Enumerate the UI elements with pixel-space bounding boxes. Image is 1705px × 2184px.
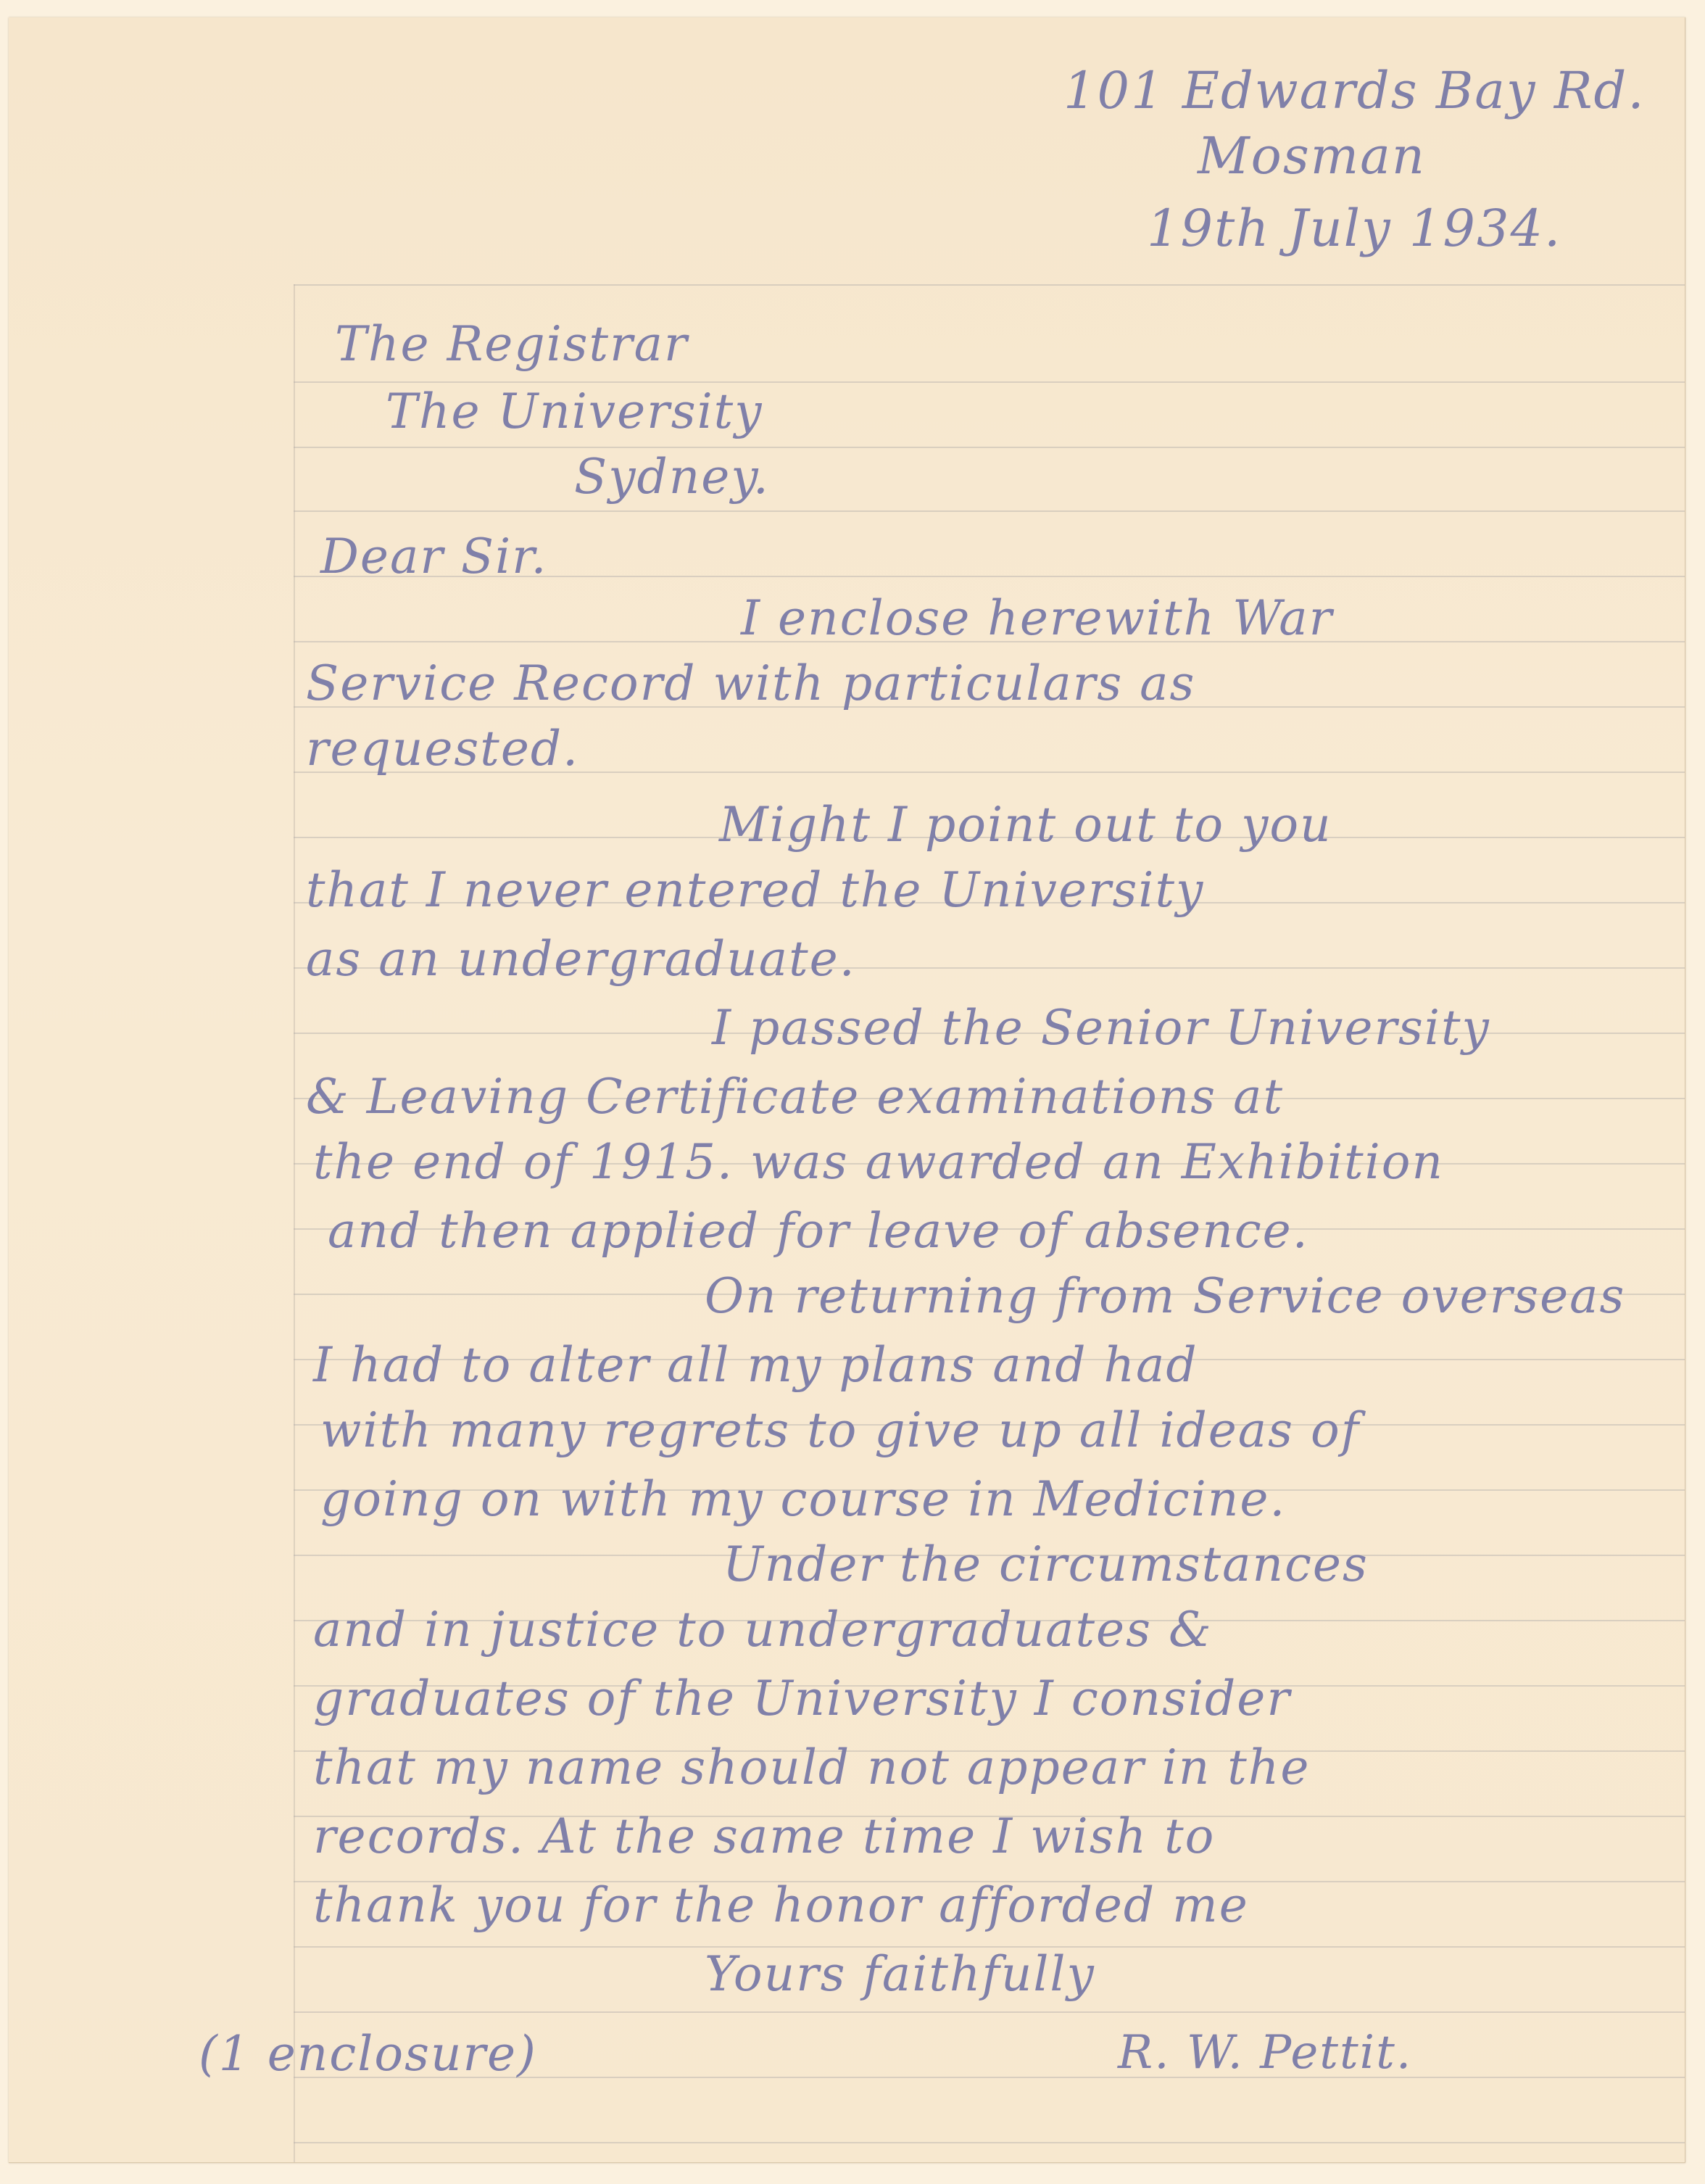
margin-line	[294, 284, 295, 2162]
ruled-line	[294, 510, 1685, 512]
signature: R. W. Pettit.	[1118, 2026, 1412, 2080]
body-line: Service Record with particulars as	[306, 655, 1195, 711]
address-suburb: Mosman	[1198, 126, 1426, 186]
body-line: I passed the Senior University	[712, 1000, 1490, 1056]
salutation: Dear Sir.	[320, 529, 547, 584]
body-line: I enclose herewith War	[741, 590, 1333, 646]
body-line: Might I point out to you	[719, 797, 1332, 853]
body-line: requested.	[306, 721, 579, 777]
letter-sheet: 101 Edwards Bay Rd. Mosman 19th July 193…	[9, 17, 1685, 2163]
body-line: On returning from Service overseas	[705, 1268, 1625, 1324]
enclosure-note: (1 enclosure)	[199, 2026, 537, 2082]
recipient-line-2: The University	[386, 384, 763, 439]
ruled-line	[294, 2011, 1685, 2013]
ruled-line	[294, 284, 1685, 286]
address-street: 101 Edwards Bay Rd.	[1063, 61, 1646, 120]
body-line: and in justice to undergraduates &	[313, 1602, 1213, 1658]
recipient-line-1: The Registrar	[335, 316, 689, 372]
body-line: the end of 1915. was awarded an Exhibiti…	[313, 1134, 1444, 1190]
body-line: as an undergraduate.	[306, 931, 856, 987]
letter-date: 19th July 1934.	[1147, 199, 1561, 258]
body-line: Under the circumstances	[723, 1536, 1369, 1592]
ruled-line	[294, 447, 1685, 448]
recipient-line-3: Sydney.	[574, 449, 770, 505]
ruled-line	[294, 2142, 1685, 2143]
closing: Yours faithfully	[705, 1946, 1095, 2002]
body-line: and then applied for leave of absence.	[328, 1203, 1309, 1259]
body-line: records. At the same time I wish to	[313, 1808, 1215, 1864]
ruled-line	[294, 381, 1685, 383]
body-line: I had to alter all my plans and had	[313, 1337, 1198, 1393]
body-line: & Leaving Certificate examinations at	[306, 1069, 1284, 1125]
body-line: thank you for the honor afforded me	[313, 1877, 1249, 1933]
body-line: that my name should not appear in the	[313, 1740, 1310, 1795]
body-line: graduates of the University I consider	[313, 1671, 1291, 1726]
body-line: with many regrets to give up all ideas o…	[320, 1402, 1360, 1458]
body-line: that I never entered the University	[306, 862, 1204, 918]
body-line: going on with my course in Medicine.	[320, 1471, 1286, 1527]
